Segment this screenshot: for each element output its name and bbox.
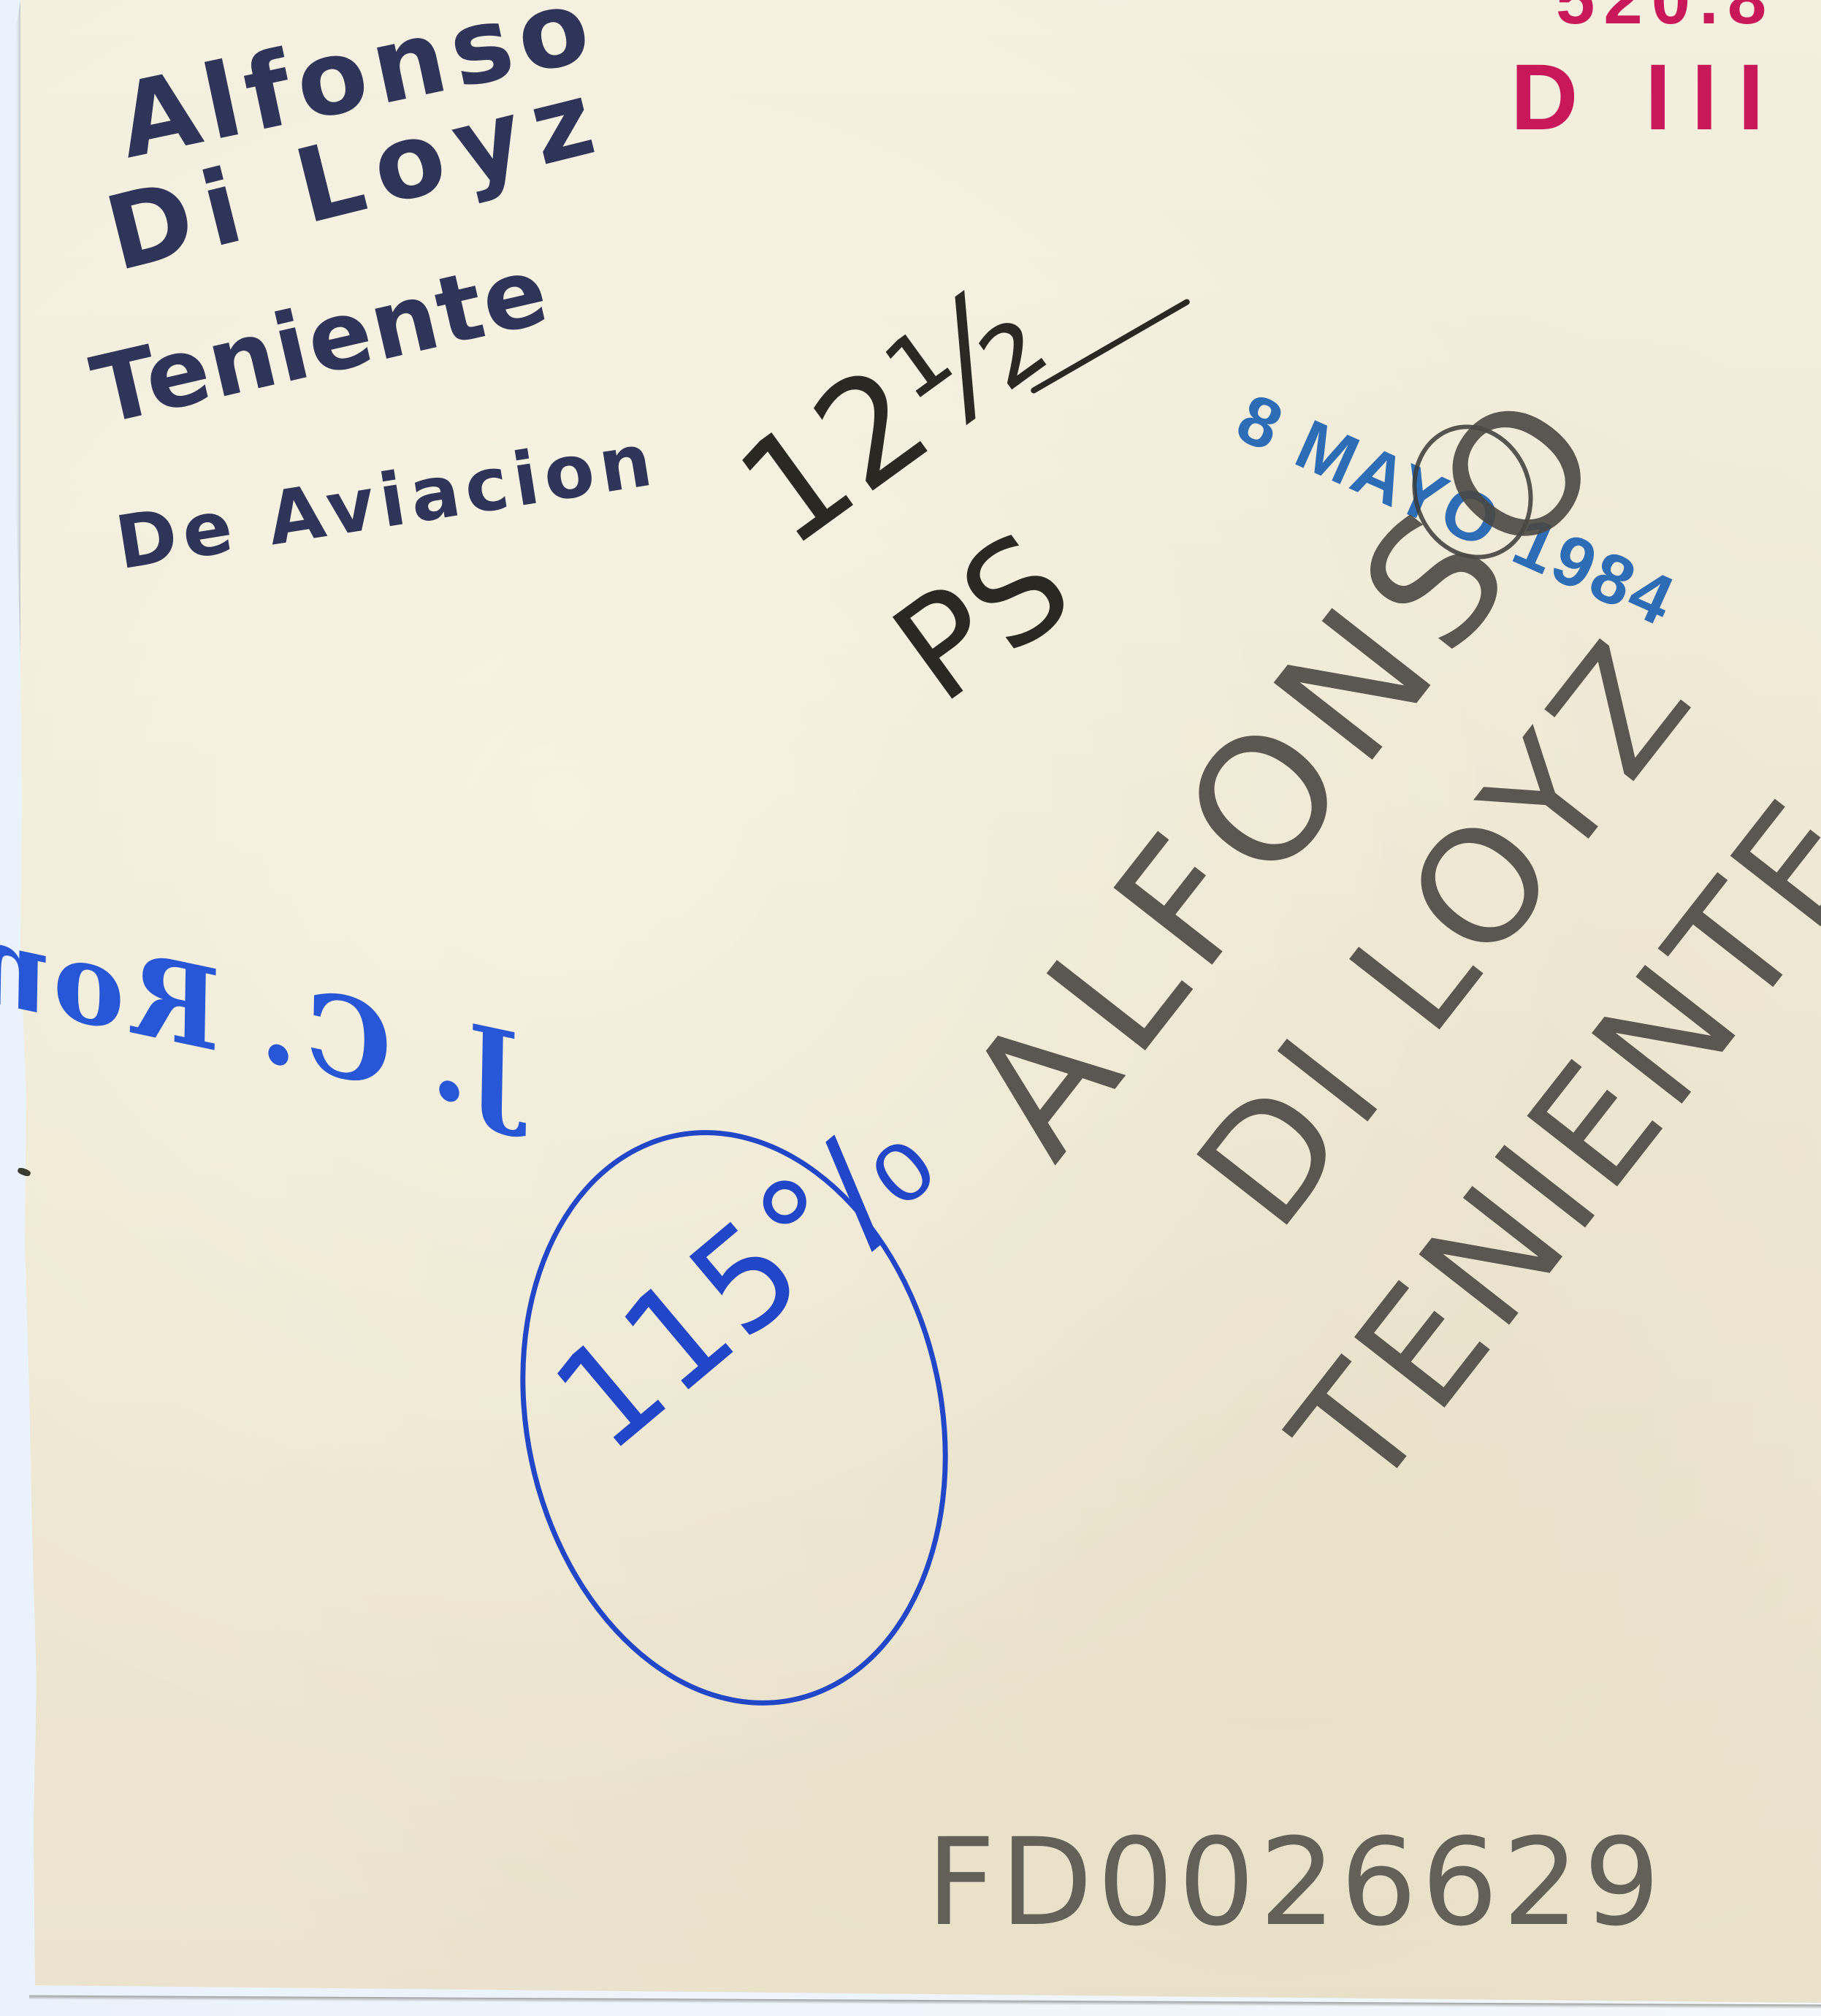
archive-id: FD0026629 — [926, 1822, 1665, 1943]
accession-code: D III — [1511, 51, 1784, 145]
accession-number: 520.8 — [1556, 0, 1775, 35]
